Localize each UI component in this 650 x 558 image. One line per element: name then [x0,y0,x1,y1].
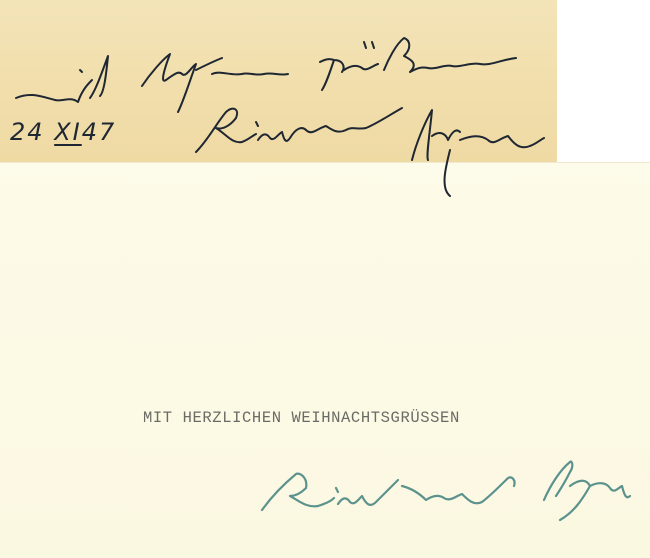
note-greeting-text: mit besten Grüßen [0,0,1,1]
note-signature-text: Reinhard Piper [0,0,1,1]
greeting-card: Reinhard Piper [0,162,650,558]
date-year: 47 [82,118,117,146]
date-month: XI [54,118,82,146]
note-date: 24 XI47 [10,118,116,146]
typed-greeting: MIT HERZLICHEN WEIHNACHTSGRÜSSEN [143,409,460,427]
date-day: 24 [10,118,45,146]
card-signature-text: Reinhard Piper [0,163,1,164]
handwritten-note-paper: mit besten Grüßen Reinhard Piper 24 XI47 [0,0,557,162]
